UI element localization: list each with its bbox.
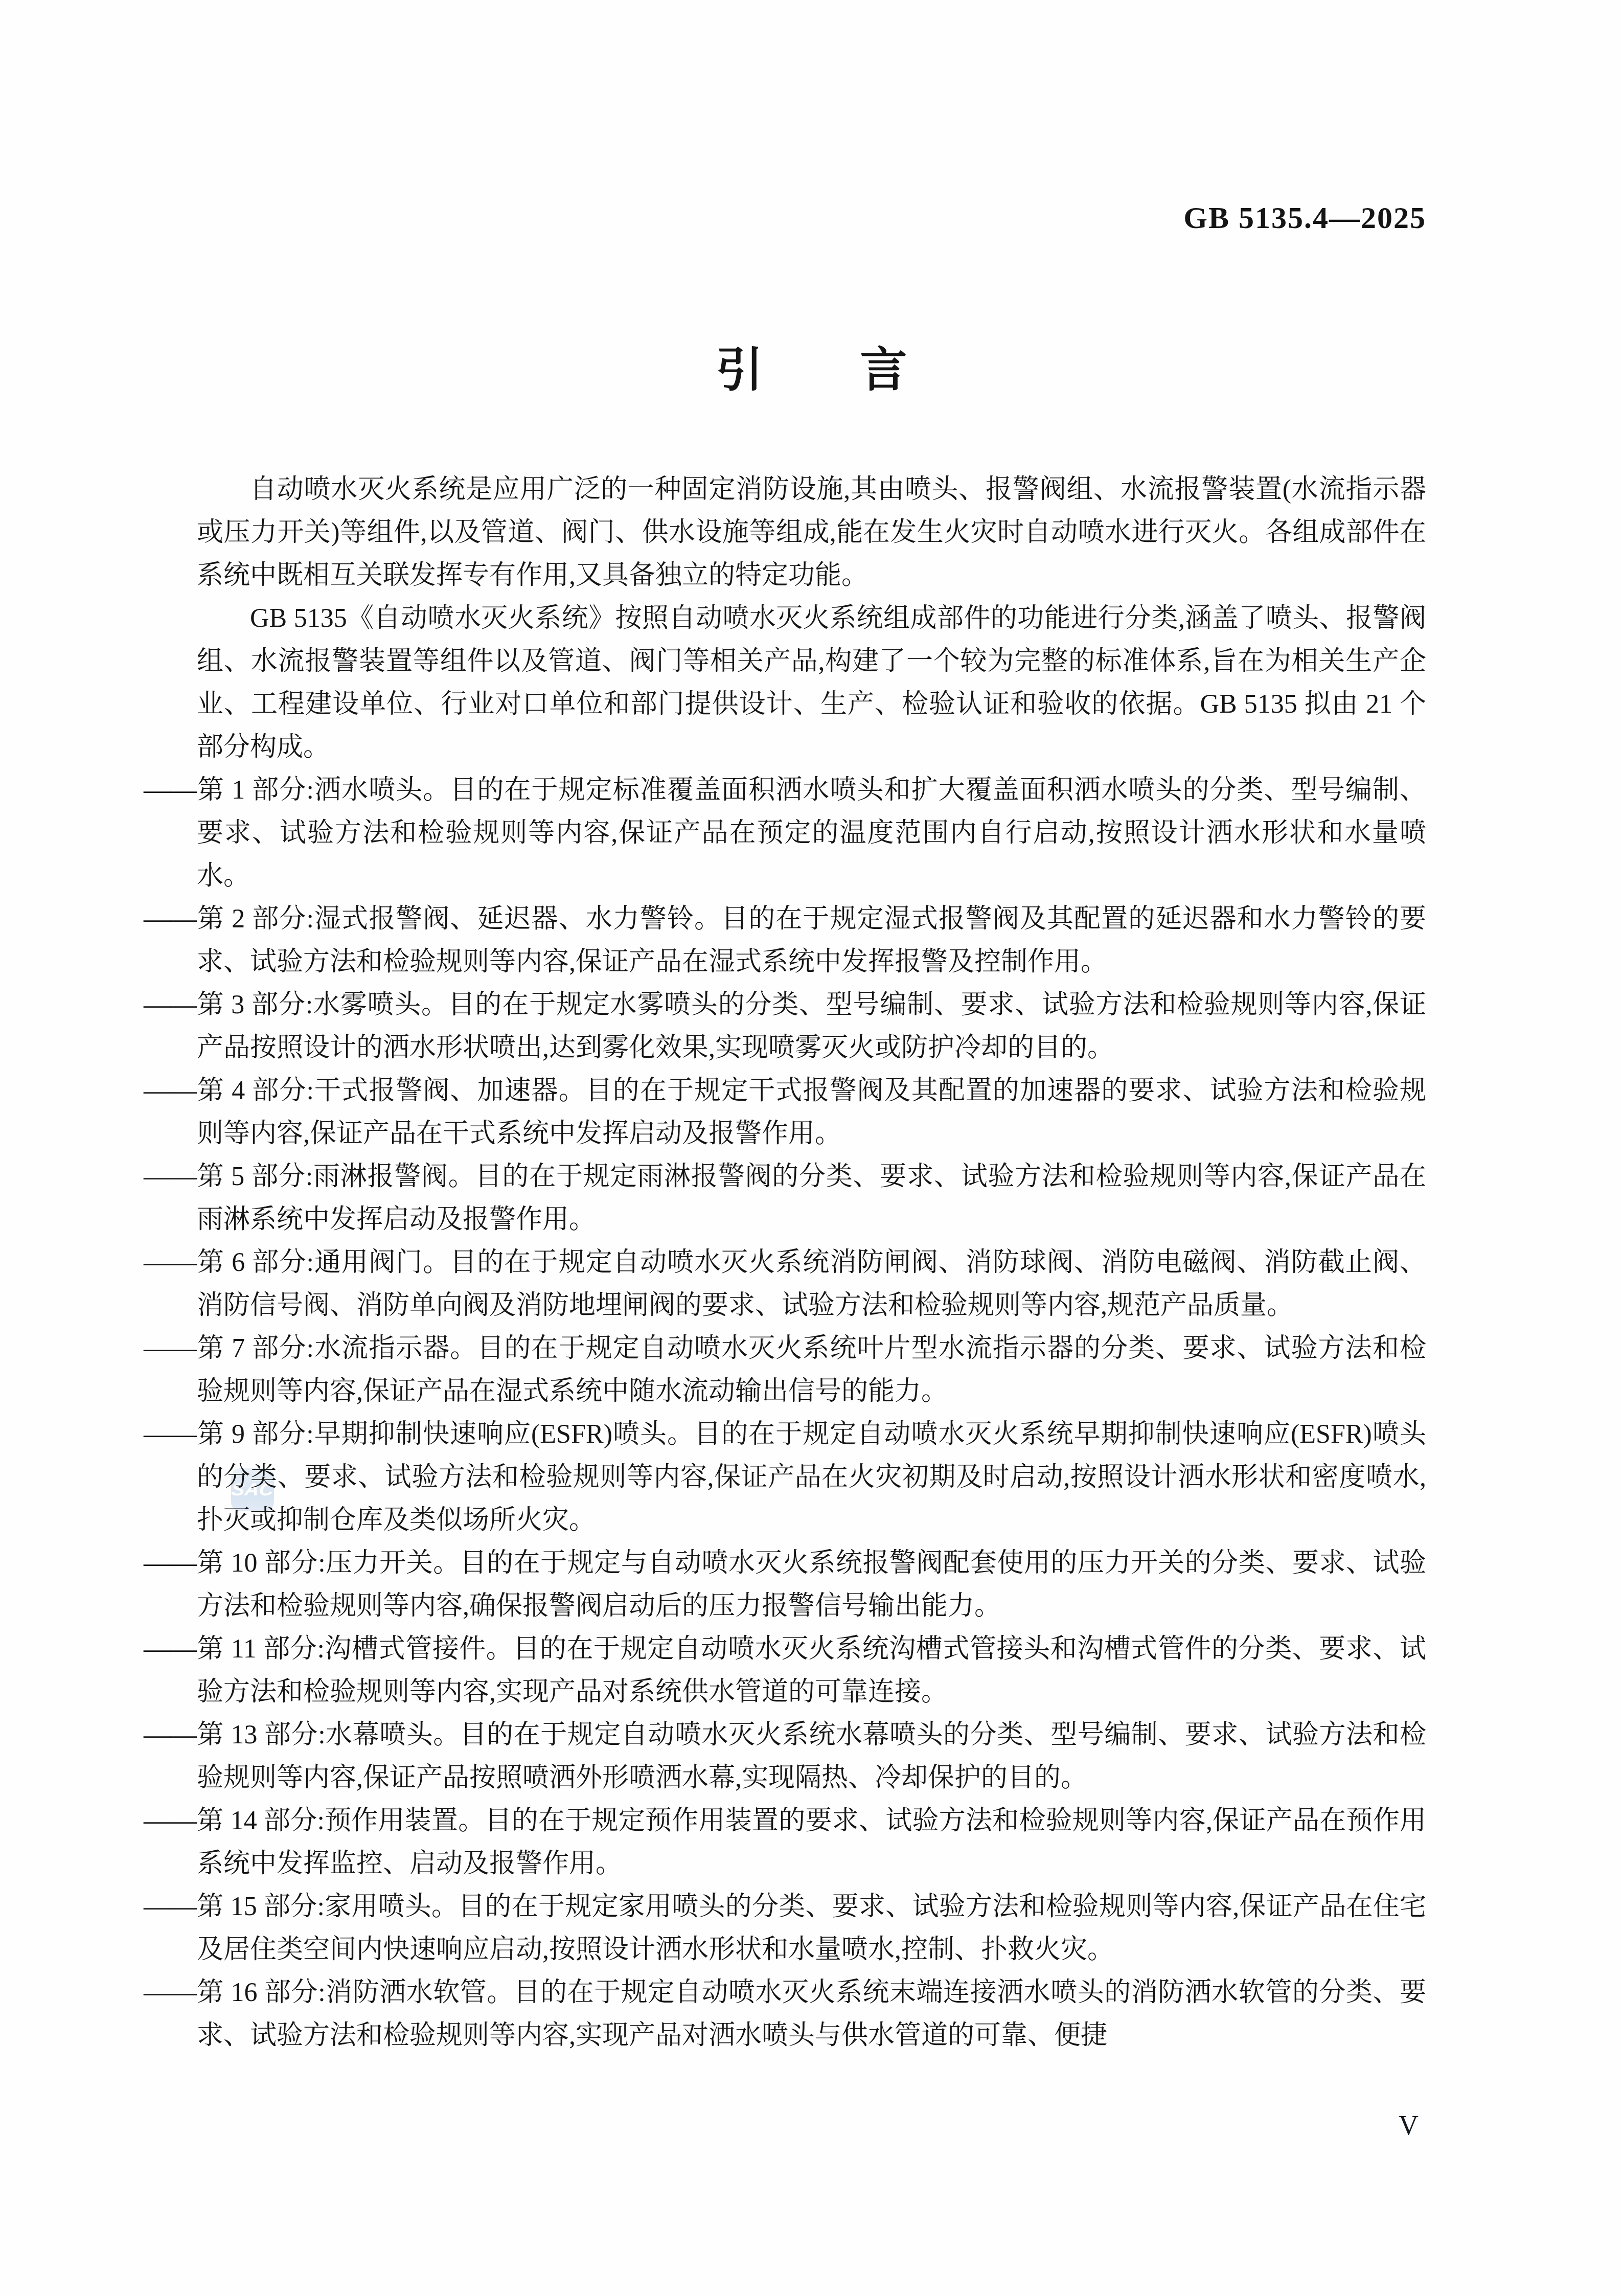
item-dash: ——	[144, 1892, 197, 1921]
list-item: ——第 3 部分:水雾喷头。目的在于规定水雾喷头的分类、型号编制、要求、试验方法…	[197, 984, 1426, 1070]
document-page: GB 5135.4—2025 引 言 SAC 自动喷水灭火系统是应用广泛的一种固…	[0, 0, 1623, 2296]
item-dash: ——	[144, 990, 197, 1019]
list-item: ——第 9 部分:早期抑制快速响应(ESFR)喷头。目的在于规定自动喷水灭火系统…	[197, 1413, 1426, 1542]
item-text: 第 5 部分:雨淋报警阀。目的在于规定雨淋报警阀的分类、要求、试验方法和检验规则…	[197, 1162, 1426, 1234]
list-item: ——第 6 部分:通用阀门。目的在于规定自动喷水灭火系统消防闸阀、消防球阀、消防…	[197, 1241, 1426, 1327]
item-dash: ——	[144, 1162, 197, 1191]
intro-paragraph: GB 5135《自动喷水灭火系统》按照自动喷水灭火系统组成部件的功能进行分类,涵…	[197, 597, 1426, 769]
item-dash: ——	[144, 904, 197, 934]
list-item: ——第 4 部分:干式报警阀、加速器。目的在于规定干式报警阀及其配置的加速器的要…	[197, 1070, 1426, 1155]
parts-list: ——第 1 部分:洒水喷头。目的在于规定标准覆盖面积洒水喷头和扩大覆盖面积洒水喷…	[197, 769, 1426, 2057]
title-char-2: 言	[860, 347, 907, 394]
standard-code: GB 5135.4—2025	[1183, 200, 1426, 236]
item-dash: ——	[144, 1549, 197, 1578]
title-char-1: 引	[716, 347, 763, 394]
item-text: 第 7 部分:水流指示器。目的在于规定自动喷水灭火系统叶片型水流指示器的分类、要…	[197, 1334, 1426, 1406]
list-item: ——第 10 部分:压力开关。目的在于规定与自动喷水灭火系统报警阀配套使用的压力…	[197, 1542, 1426, 1628]
list-item: ——第 7 部分:水流指示器。目的在于规定自动喷水灭火系统叶片型水流指示器的分类…	[197, 1327, 1426, 1413]
list-item: ——第 14 部分:预作用装置。目的在于规定预作用装置的要求、试验方法和检验规则…	[197, 1800, 1426, 1885]
list-item: ——第 13 部分:水幕喷头。目的在于规定自动喷水灭火系统水幕喷头的分类、型号编…	[197, 1714, 1426, 1800]
list-item: ——第 2 部分:湿式报警阀、延迟器、水力警铃。目的在于规定湿式报警阀及其配置的…	[197, 898, 1426, 984]
item-text: 第 13 部分:水幕喷头。目的在于规定自动喷水灭火系统水幕喷头的分类、型号编制、…	[197, 1720, 1426, 1792]
item-dash: ——	[144, 1720, 197, 1749]
item-text: 第 6 部分:通用阀门。目的在于规定自动喷水灭火系统消防闸阀、消防球阀、消防电磁…	[197, 1248, 1426, 1320]
item-text: 第 9 部分:早期抑制快速响应(ESFR)喷头。目的在于规定自动喷水灭火系统早期…	[197, 1420, 1426, 1535]
item-text: 第 3 部分:水雾喷头。目的在于规定水雾喷头的分类、型号编制、要求、试验方法和检…	[197, 990, 1426, 1062]
list-item: ——第 16 部分:消防洒水软管。目的在于规定自动喷水灭火系统末端连接洒水喷头的…	[197, 1971, 1426, 2057]
item-dash: ——	[144, 1634, 197, 1664]
item-dash: ——	[144, 1334, 197, 1363]
list-item: ——第 5 部分:雨淋报警阀。目的在于规定雨淋报警阀的分类、要求、试验方法和检验…	[197, 1155, 1426, 1241]
item-dash: ——	[144, 776, 197, 805]
page-number: V	[1399, 2109, 1419, 2141]
item-dash: ——	[144, 1978, 197, 2007]
list-item: ——第 15 部分:家用喷头。目的在于规定家用喷头的分类、要求、试验方法和检验规…	[197, 1885, 1426, 1971]
item-dash: ——	[144, 1420, 197, 1449]
item-dash: ——	[144, 1248, 197, 1277]
item-text: 第 11 部分:沟槽式管接件。目的在于规定自动喷水灭火系统沟槽式管接头和沟槽式管…	[197, 1634, 1426, 1707]
item-dash: ——	[144, 1076, 197, 1105]
item-text: 第 14 部分:预作用装置。目的在于规定预作用装置的要求、试验方法和检验规则等内…	[197, 1806, 1426, 1878]
item-dash: ——	[144, 1806, 197, 1835]
page-title: 引 言	[0, 347, 1623, 394]
item-text: 第 4 部分:干式报警阀、加速器。目的在于规定干式报警阀及其配置的加速器的要求、…	[197, 1076, 1426, 1148]
item-text: 第 10 部分:压力开关。目的在于规定与自动喷水灭火系统报警阀配套使用的压力开关…	[197, 1549, 1426, 1621]
list-item: ——第 1 部分:洒水喷头。目的在于规定标准覆盖面积洒水喷头和扩大覆盖面积洒水喷…	[197, 769, 1426, 898]
item-text: 第 2 部分:湿式报警阀、延迟器、水力警铃。目的在于规定湿式报警阀及其配置的延迟…	[197, 904, 1426, 976]
list-item: ——第 11 部分:沟槽式管接件。目的在于规定自动喷水灭火系统沟槽式管接头和沟槽…	[197, 1628, 1426, 1714]
item-text: 第 1 部分:洒水喷头。目的在于规定标准覆盖面积洒水喷头和扩大覆盖面积洒水喷头的…	[197, 776, 1426, 891]
intro-paragraph: 自动喷水灭火系统是应用广泛的一种固定消防设施,其由喷头、报警阀组、水流报警装置(…	[197, 468, 1426, 597]
item-text: 第 16 部分:消防洒水软管。目的在于规定自动喷水灭火系统末端连接洒水喷头的消防…	[197, 1978, 1426, 2050]
item-text: 第 15 部分:家用喷头。目的在于规定家用喷头的分类、要求、试验方法和检验规则等…	[197, 1892, 1426, 1964]
intro-body: 自动喷水灭火系统是应用广泛的一种固定消防设施,其由喷头、报警阀组、水流报警装置(…	[197, 468, 1426, 2057]
